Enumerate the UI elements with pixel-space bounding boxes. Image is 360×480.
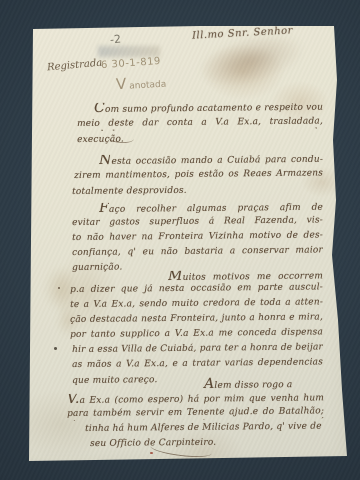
red-speck bbox=[150, 452, 153, 454]
pencil-check-annotation: V anotada bbox=[116, 73, 167, 94]
handwriting-line: totalmente desprovidos. bbox=[72, 186, 187, 198]
handwriting-line: que muito careço. bbox=[72, 375, 158, 387]
handwriting-line: seu Officio de Carpinteiro. bbox=[90, 438, 216, 450]
handwriting-line: Nesta occasião mando a Cuiabá para condu… bbox=[99, 153, 323, 167]
handwriting-line: execução. bbox=[77, 135, 124, 146]
ink-dot bbox=[54, 347, 57, 350]
handwriting-line: Muitos motivos me occorrem bbox=[168, 269, 323, 283]
handwriting-line: Com sumo profundo acatamento e respeito … bbox=[94, 101, 323, 115]
manuscript-photo: Registrada -2 6 30-1-819 V anotada Ill.m… bbox=[0, 0, 360, 480]
handwriting-line: guarnição. bbox=[72, 262, 123, 274]
pencil-number-annotation: -2 bbox=[109, 32, 121, 46]
ink-dot bbox=[58, 287, 60, 289]
handwriting-line: Alem disso rogo a bbox=[204, 378, 293, 392]
handwriting-line: Faço recolher algumas praças afim de bbox=[99, 201, 323, 215]
